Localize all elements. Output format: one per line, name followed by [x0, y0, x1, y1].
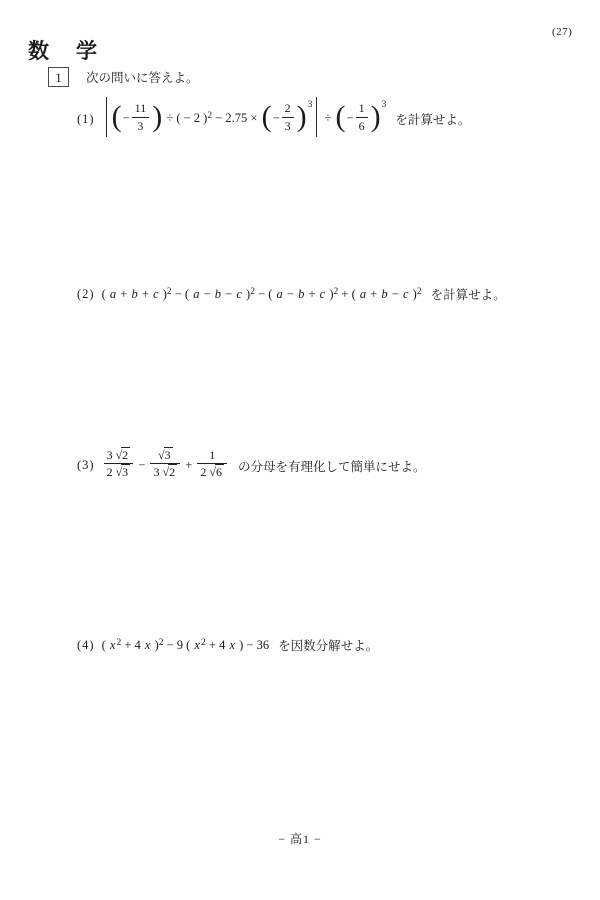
- exam-page: (27) 数 学 1 次の問いに答えよ。 (1) (−113) ÷ ( − 2 …: [0, 0, 600, 900]
- problem-2: (2) ( a + b + c )2 − ( a − b − c )2 − ( …: [77, 285, 506, 303]
- problem-3-label: (3): [77, 458, 95, 473]
- page-number: (27): [552, 26, 572, 38]
- section-number-box: 1: [48, 67, 69, 87]
- problem-1-expression: (−113) ÷ ( − 2 )2 − 2.75 × (−23)3 ÷ (−16…: [102, 99, 387, 139]
- problem-4-expression: ( x2 + 4 x )2 − 9 ( x2 + 4 x ) − 36: [102, 638, 270, 653]
- problem-3-expression: 3 √22 √3 − √33 √2 + 12 √6: [102, 450, 229, 482]
- problem-2-expression: ( a + b + c )2 − ( a − b − c )2 − ( a − …: [102, 287, 422, 302]
- problem-4-label: (4): [77, 638, 95, 653]
- page-title: 数 学: [28, 35, 100, 65]
- problem-3-instruction: の分母を有理化して簡単にせよ。: [238, 457, 426, 475]
- problem-2-label: (2): [77, 287, 95, 302]
- problem-4: (4) ( x2 + 4 x )2 − 9 ( x2 + 4 x ) − 36 …: [77, 636, 378, 654]
- problem-1-instruction: を計算せよ。: [395, 110, 470, 128]
- problem-1-label: (1): [77, 112, 95, 127]
- problem-1: (1) (−113) ÷ ( − 2 )2 − 2.75 × (−23)3 ÷ …: [77, 99, 470, 139]
- problem-2-instruction: を計算せよ。: [431, 285, 506, 303]
- problem-4-instruction: を因数分解せよ。: [278, 636, 378, 654]
- problem-3: (3) 3 √22 √3 − √33 √2 + 12 √6 の分母を有理化して簡…: [77, 450, 426, 482]
- section-prompt: 次の問いに答えよ。: [86, 68, 199, 86]
- section-header: 1 次の問いに答えよ。: [48, 67, 199, 87]
- footer-grade-label: − 高1 −: [0, 830, 600, 847]
